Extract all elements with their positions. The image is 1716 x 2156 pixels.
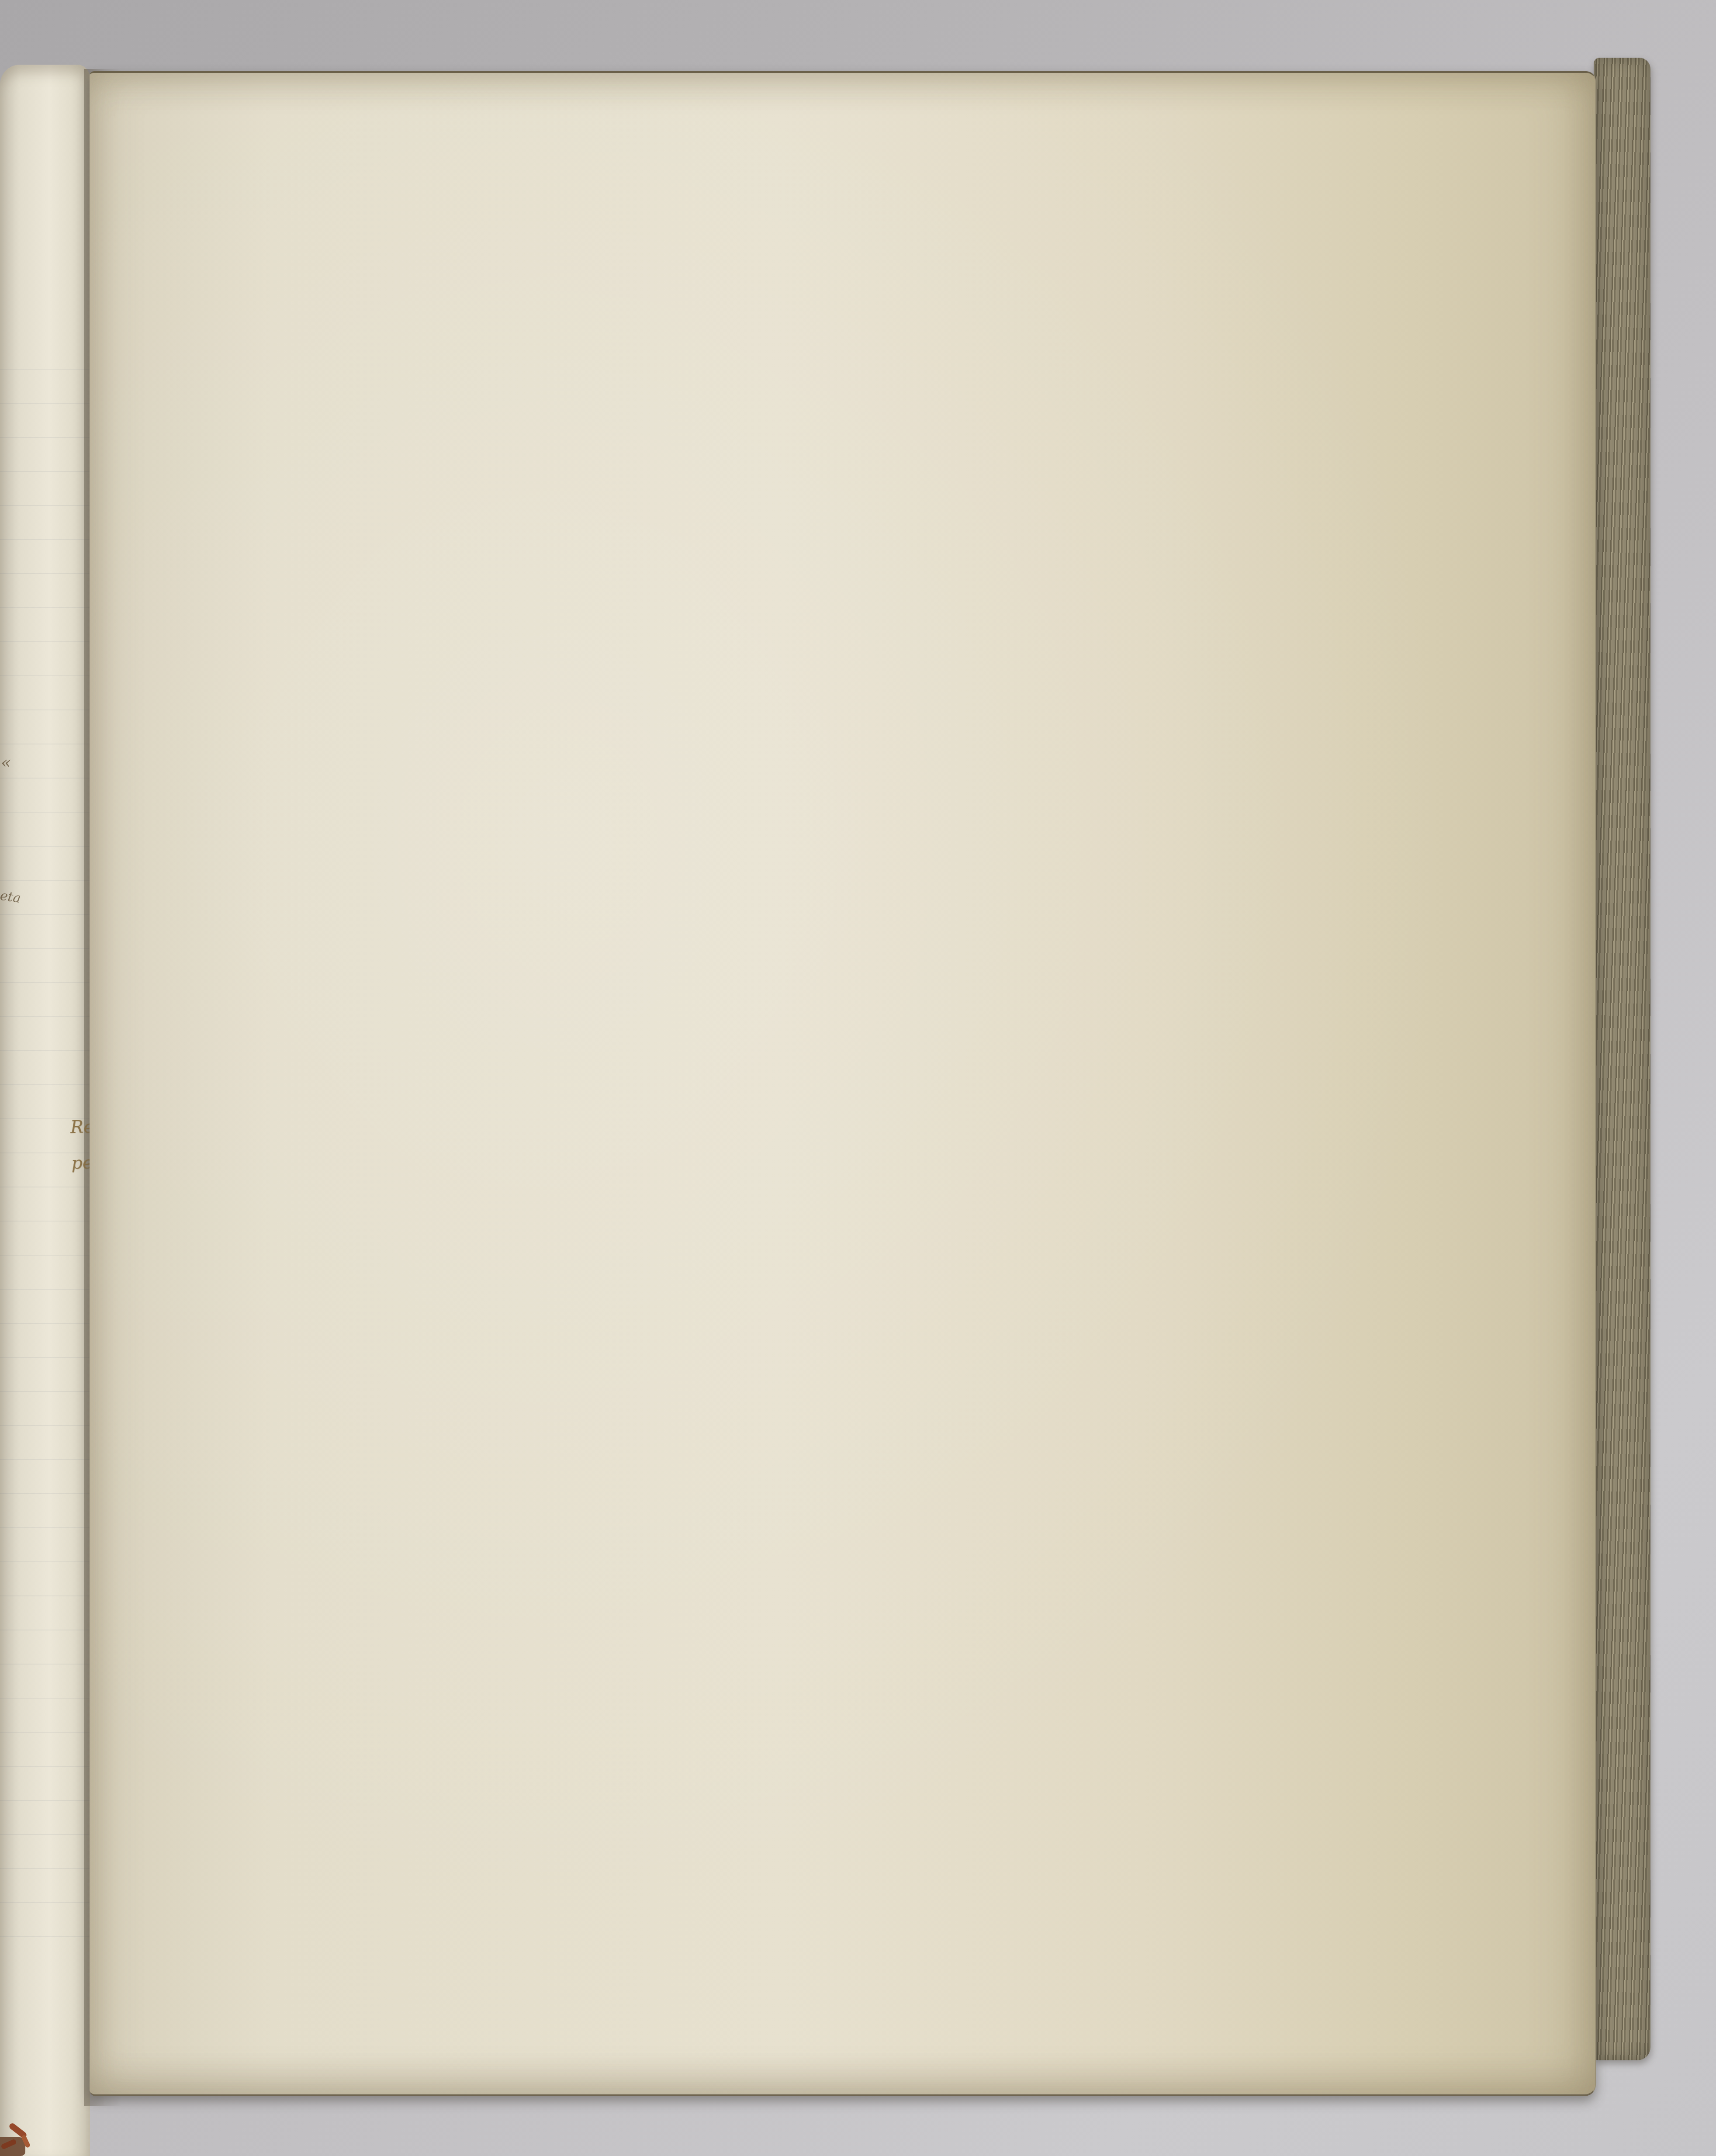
- manuscript-photo-scene: « eta 12 et despens avec Justice et autr…: [0, 0, 1716, 2156]
- facing-page-text-trace: «: [1, 753, 11, 772]
- facing-page-text-trace: eta: [0, 888, 22, 906]
- fore-edge-stack: [1594, 58, 1650, 2060]
- manuscript-page: [90, 71, 1596, 2096]
